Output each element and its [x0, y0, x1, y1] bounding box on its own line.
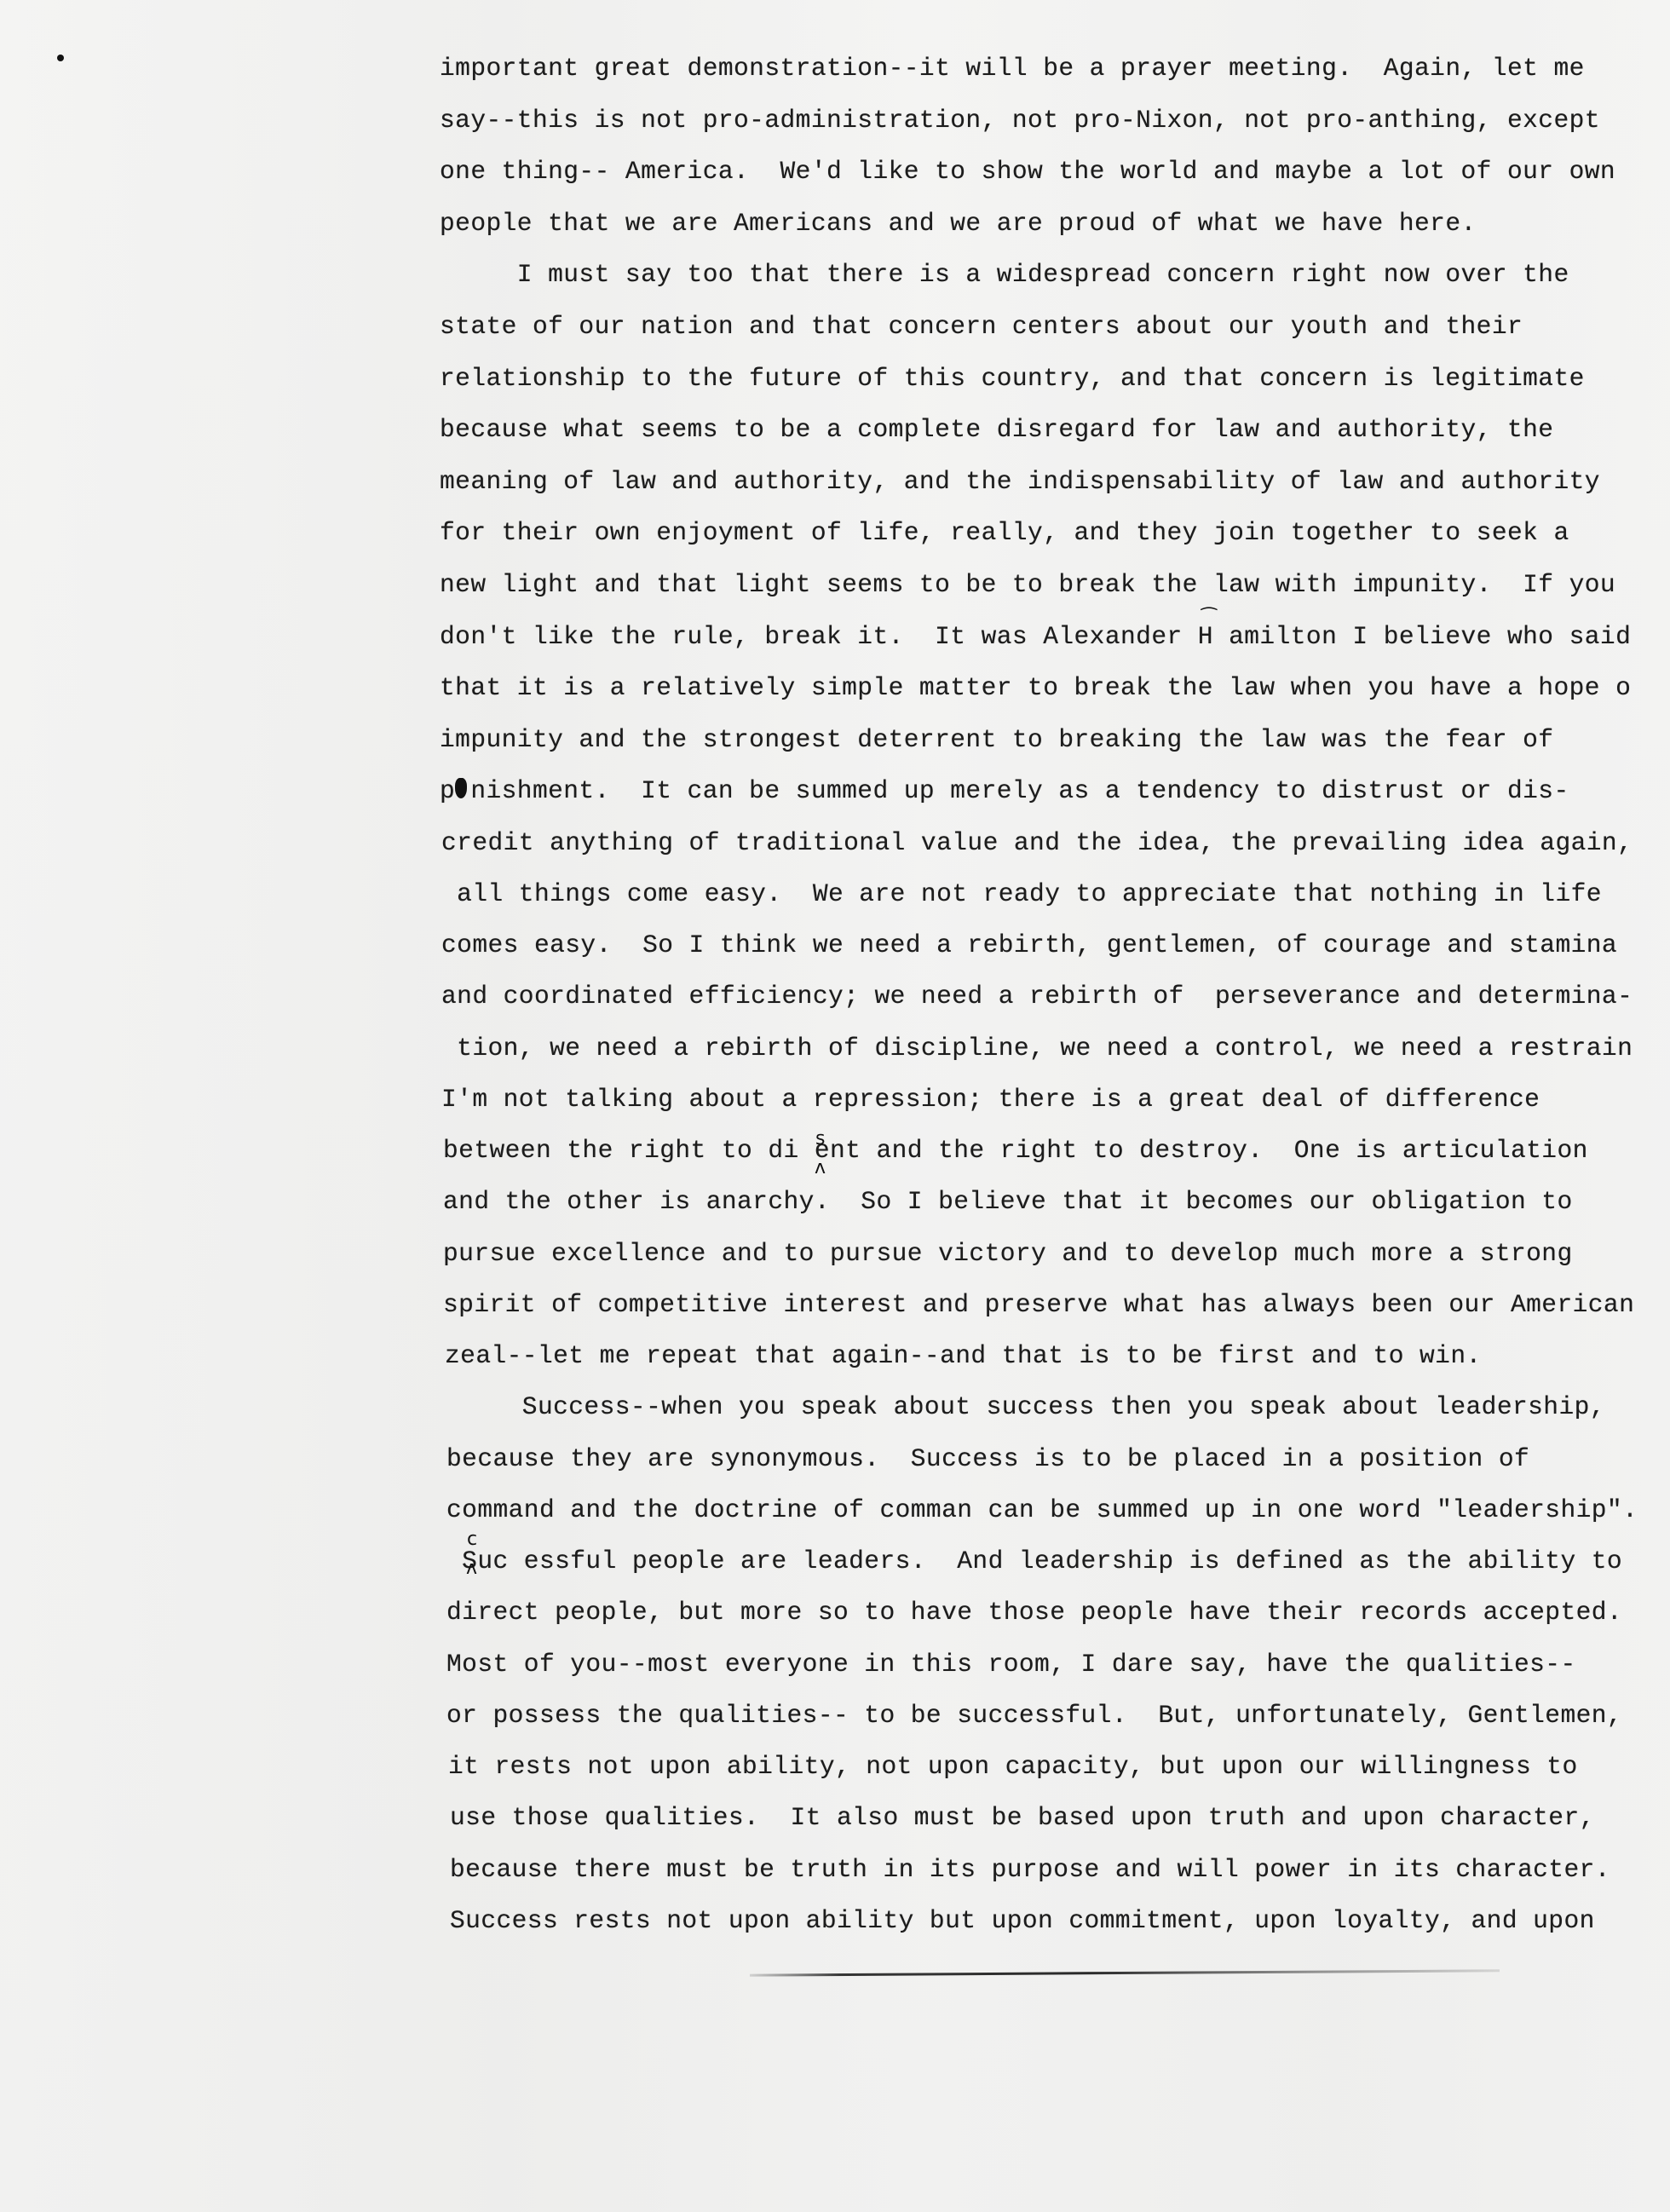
typed-line: because they are synonymous. Success is …: [446, 1447, 1529, 1472]
typed-line: it rests not upon ability, not upon capa…: [448, 1754, 1578, 1780]
typed-line: between the right to di ent and the righ…: [443, 1138, 1588, 1164]
typed-line: credit anything of traditional value and…: [441, 831, 1633, 856]
typed-line: all things come easy. We are not ready t…: [441, 882, 1602, 907]
typed-line: new light and that light seems to be to …: [440, 573, 1615, 598]
typed-line: p nishment. It can be summed up merely a…: [440, 779, 1569, 804]
typed-line: say--this is not pro-administration, not…: [440, 108, 1600, 134]
typed-line: that it is a relatively simple matter to…: [440, 676, 1631, 701]
typed-line: relationship to the future of this count…: [440, 366, 1585, 392]
typed-line: comes easy. So I think we need a rebirth…: [441, 933, 1617, 959]
typed-line: one thing-- America. We'd like to show t…: [440, 159, 1615, 185]
typed-line: zeal--let me repeat that again--and that…: [445, 1344, 1482, 1369]
typed-line: spirit of competitive interest and prese…: [443, 1293, 1634, 1318]
typed-line: tion, we need a rebirth of discipline, w…: [441, 1036, 1633, 1062]
typed-line: people that we are Americans and we are …: [440, 211, 1477, 237]
typed-page-body: important great demonstration--it will b…: [0, 0, 1670, 2212]
typed-line: Success--when you speak about success th…: [445, 1395, 1605, 1420]
handwritten-correction-mark: c: [467, 1530, 477, 1549]
handwritten-correction-mark: s: [815, 1130, 825, 1149]
typed-line: command and the doctrine of comman can b…: [446, 1498, 1638, 1524]
typed-line: or possess the qualities-- to be success…: [446, 1703, 1622, 1729]
typed-line: meaning of law and authority, and the in…: [440, 469, 1600, 495]
caret-insert-mark: ʌ: [815, 1159, 826, 1178]
typed-line: Most of you--most everyone in this room,…: [446, 1652, 1576, 1678]
typed-line: I must say too that there is a widesprea…: [440, 262, 1569, 288]
typed-line: state of our nation and that concern cen…: [440, 314, 1523, 340]
ink-correction-mark: [455, 778, 467, 798]
typed-line: because what seems to be a complete disr…: [440, 418, 1553, 443]
typed-line: use those qualities. It also must be bas…: [450, 1806, 1595, 1831]
typed-line: pursue excellence and to pursue victory …: [443, 1241, 1573, 1267]
typed-line: direct people, but more so to have those…: [446, 1600, 1622, 1626]
typed-line: I'm not talking about a repression; ther…: [441, 1087, 1540, 1113]
typed-line: and coordinated efficiency; we need a re…: [441, 984, 1633, 1010]
typed-line: don't like the rule, break it. It was Al…: [440, 625, 1631, 650]
typed-line: and the other is anarchy. So I believe t…: [443, 1190, 1573, 1215]
typed-line: Suc essful people are leaders. And leade…: [446, 1549, 1622, 1575]
typed-line: for their own enjoyment of life, really,…: [440, 521, 1569, 546]
typed-line: because there must be truth in its purpo…: [450, 1858, 1610, 1883]
typed-line: impunity and the strongest deterrent to …: [440, 728, 1553, 753]
handwritten-correction-mark: ⁀: [1201, 610, 1217, 629]
typed-line: Success rests not upon ability but upon …: [450, 1909, 1595, 1934]
caret-insert-mark: ʌ: [466, 1559, 477, 1578]
typed-line: important great demonstration--it will b…: [440, 56, 1585, 82]
